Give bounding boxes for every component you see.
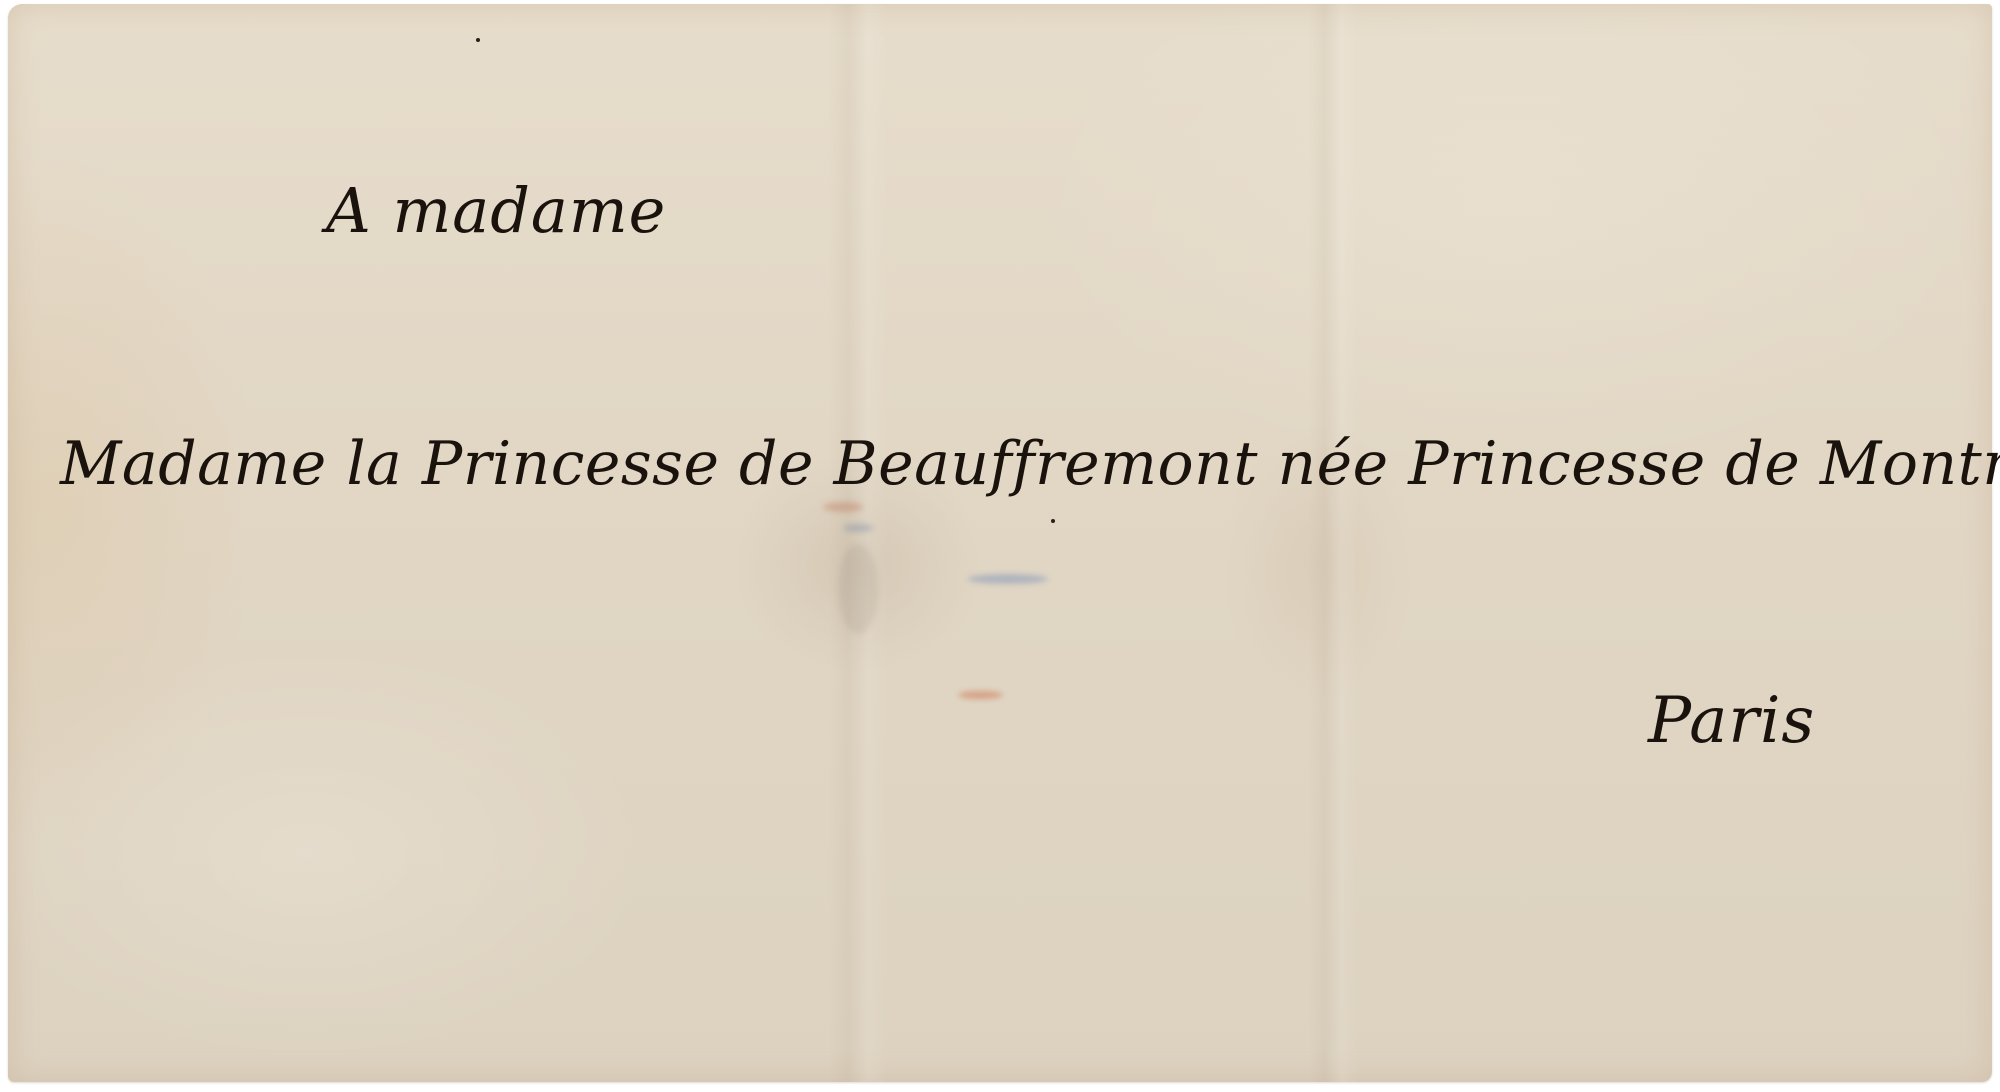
ink-speck bbox=[1051, 519, 1055, 523]
city-line: Paris bbox=[1648, 684, 1815, 758]
paper-crease bbox=[1308, 4, 1358, 1082]
paper-crease bbox=[828, 4, 888, 1082]
grey-smudge bbox=[838, 544, 878, 634]
envelope: A madame Madame la Princesse de Beauffre… bbox=[8, 4, 1992, 1082]
blue-ink-smudge bbox=[968, 574, 1048, 584]
blue-ink-smudge bbox=[843, 524, 873, 532]
ink-speck bbox=[476, 38, 480, 42]
red-ink-smudge bbox=[823, 502, 863, 512]
red-ink-smudge bbox=[958, 691, 1003, 699]
addressee-line: Madame la Princesse de Beauffremont née … bbox=[60, 429, 2000, 499]
salutation-line: A madame bbox=[326, 174, 666, 247]
